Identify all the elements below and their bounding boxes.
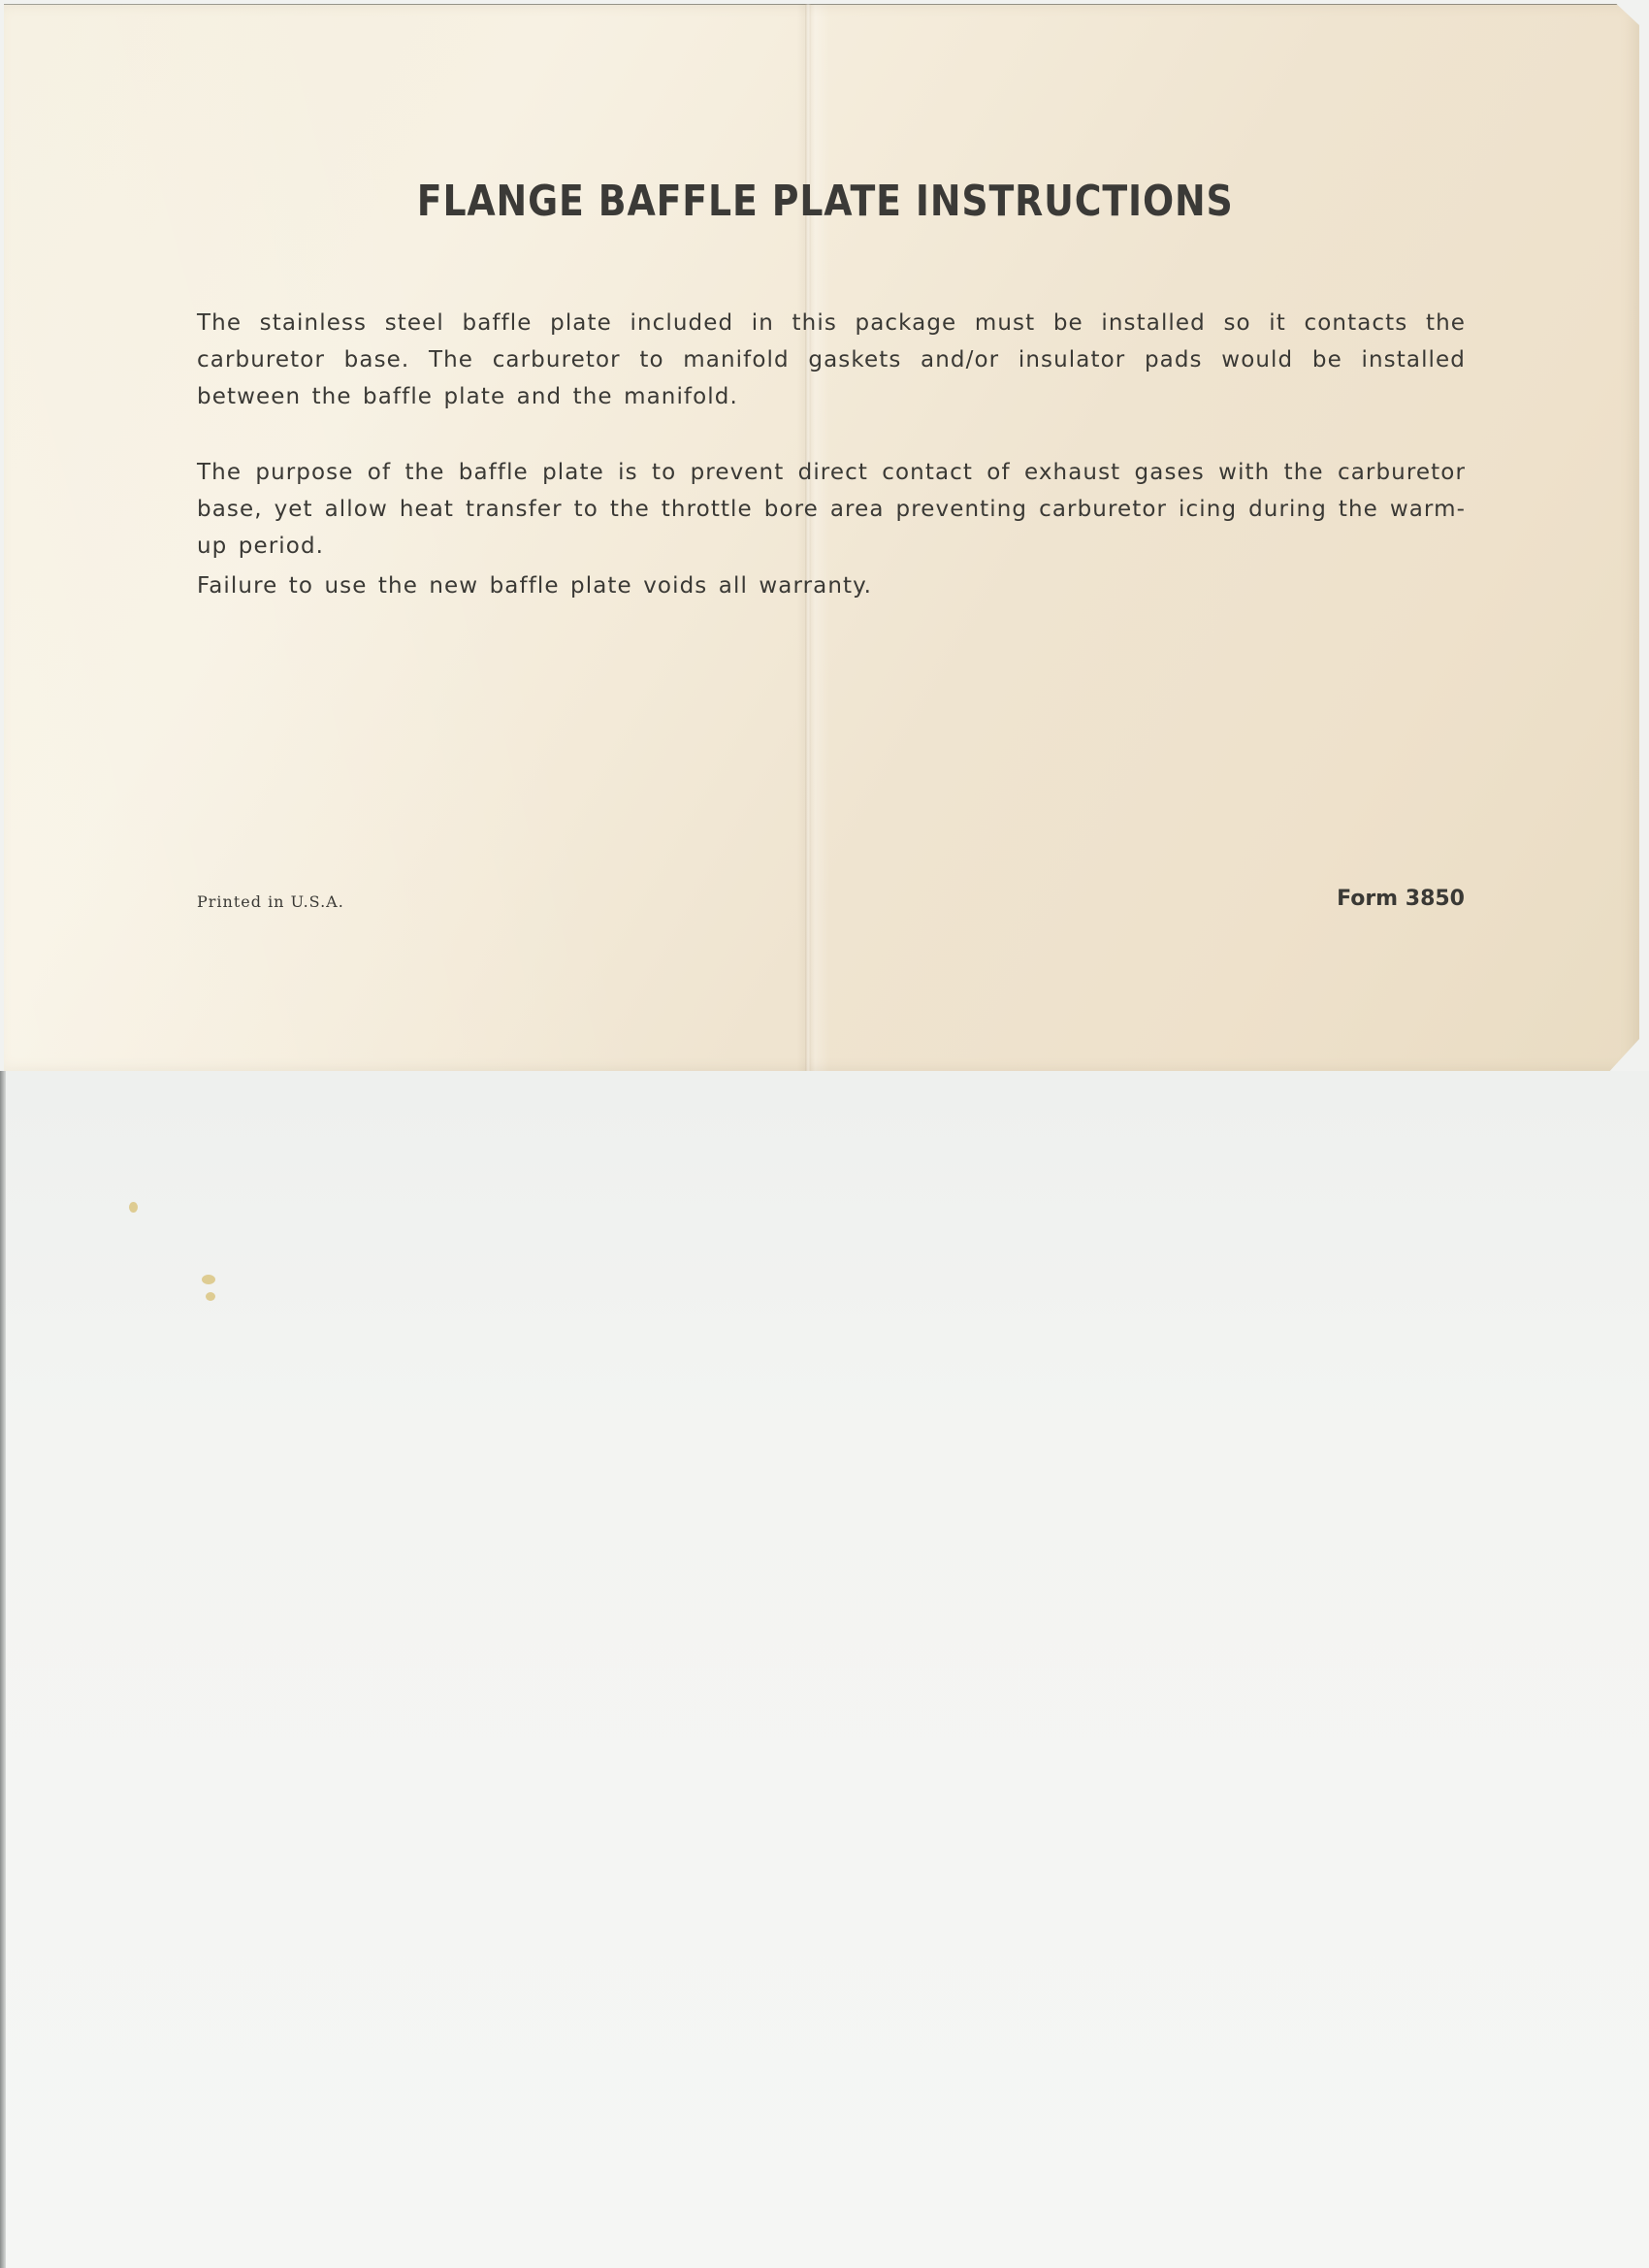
paragraph-purpose: The purpose of the baffle plate is to pr… xyxy=(197,454,1466,565)
scanner-background xyxy=(0,1071,1649,2268)
paragraph-warranty: Failure to use the new baffle plate void… xyxy=(197,567,1466,604)
form-number: Form 3850 xyxy=(1337,887,1465,911)
scanner-edge-shadow xyxy=(0,1071,6,2268)
stain-speck xyxy=(206,1292,215,1301)
stain-speck xyxy=(129,1202,138,1213)
printed-in-label: Printed in U.S.A. xyxy=(197,892,344,911)
document-title: FLANGE BAFFLE PLATE INSTRUCTIONS xyxy=(116,177,1535,226)
stain-speck xyxy=(202,1275,215,1284)
paragraph-installation: The stainless steel baffle plate include… xyxy=(197,305,1466,415)
